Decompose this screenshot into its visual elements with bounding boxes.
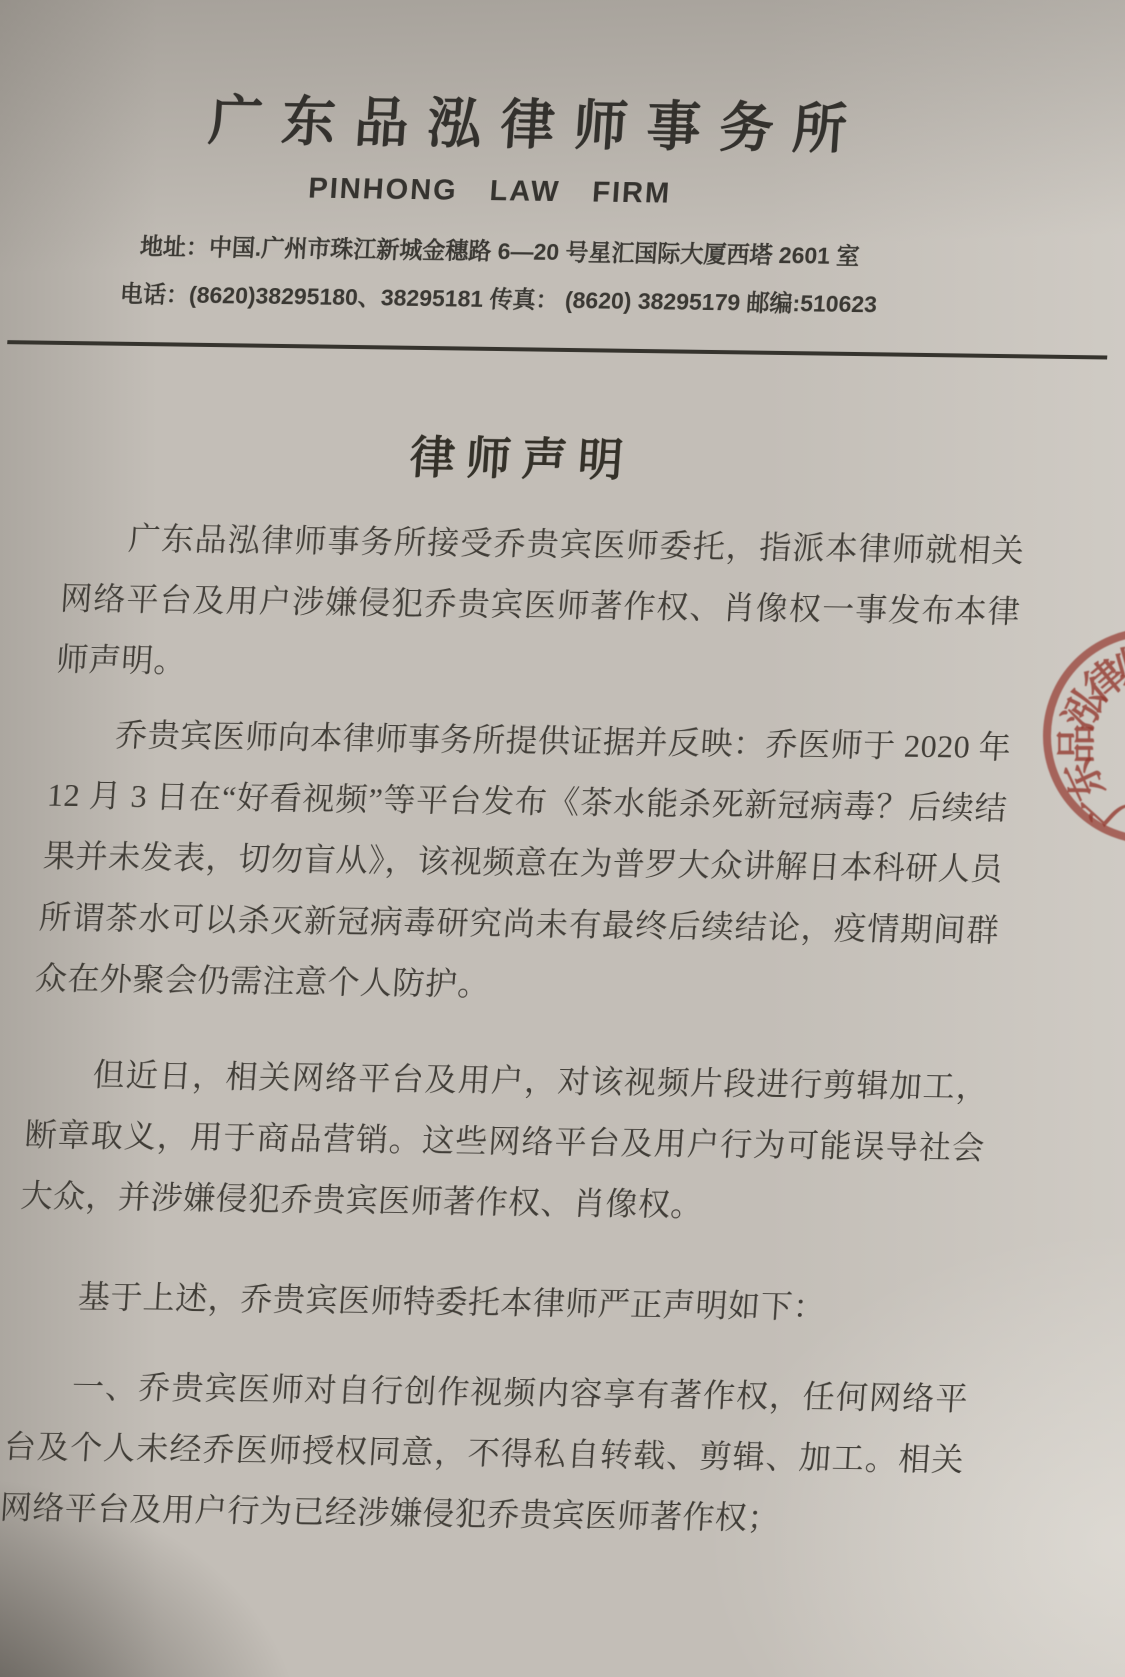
paragraph-evidence: 乔贵宾医师向本律师事务所提供证据并反映：乔医师于 2020 年 12 月 3 日… (33, 704, 1013, 1022)
paragraph-declaration-item-1: 一、乔贵宾医师对自行创作视频内容享有著作权，任何网络平台及个人未经乔医师授权同意… (0, 1355, 970, 1551)
header-divider (7, 340, 1107, 359)
firm-name-english: PINHONG LAW FIRM (9, 168, 971, 214)
document-photo: 广东品泓律师事务所 PINHONG LAW FIRM 地址：中国.广州市珠江新城… (0, 0, 1125, 1677)
letterhead: 广东品泓律师事务所 PINHONG LAW FIRM 地址：中国.广州市珠江新城… (80, 1, 1060, 320)
paragraph-declaration-lead: 基于上述，乔贵宾医师特委托本律师严正声明如下： (12, 1265, 976, 1339)
paragraph-intro: 广东品泓律师事务所接受乔贵宾医师委托，指派本律师就相关网络平台及用户涉嫌侵犯乔贵… (54, 507, 1026, 703)
phone-fax-line: 电话：(8620)38295180、38295181 传真： (8620) 38… (18, 279, 980, 319)
address-line: 地址：中国.广州市珠江新城金穗路 6—20 号星汇国际大厦西塔 2601 室 (19, 231, 981, 271)
document-sheet: 广东品泓律师事务所 PINHONG LAW FIRM 地址：中国.广州市珠江新城… (0, 0, 1125, 1552)
document-title: 律师声明 (40, 425, 1004, 494)
firm-name-chinese: 广东品泓律师事务所 (55, 89, 1019, 162)
paragraph-infringement: 但近日，相关网络平台及用户，对该视频片段进行剪辑加工，断章取义，用于商品营销。这… (19, 1044, 991, 1240)
